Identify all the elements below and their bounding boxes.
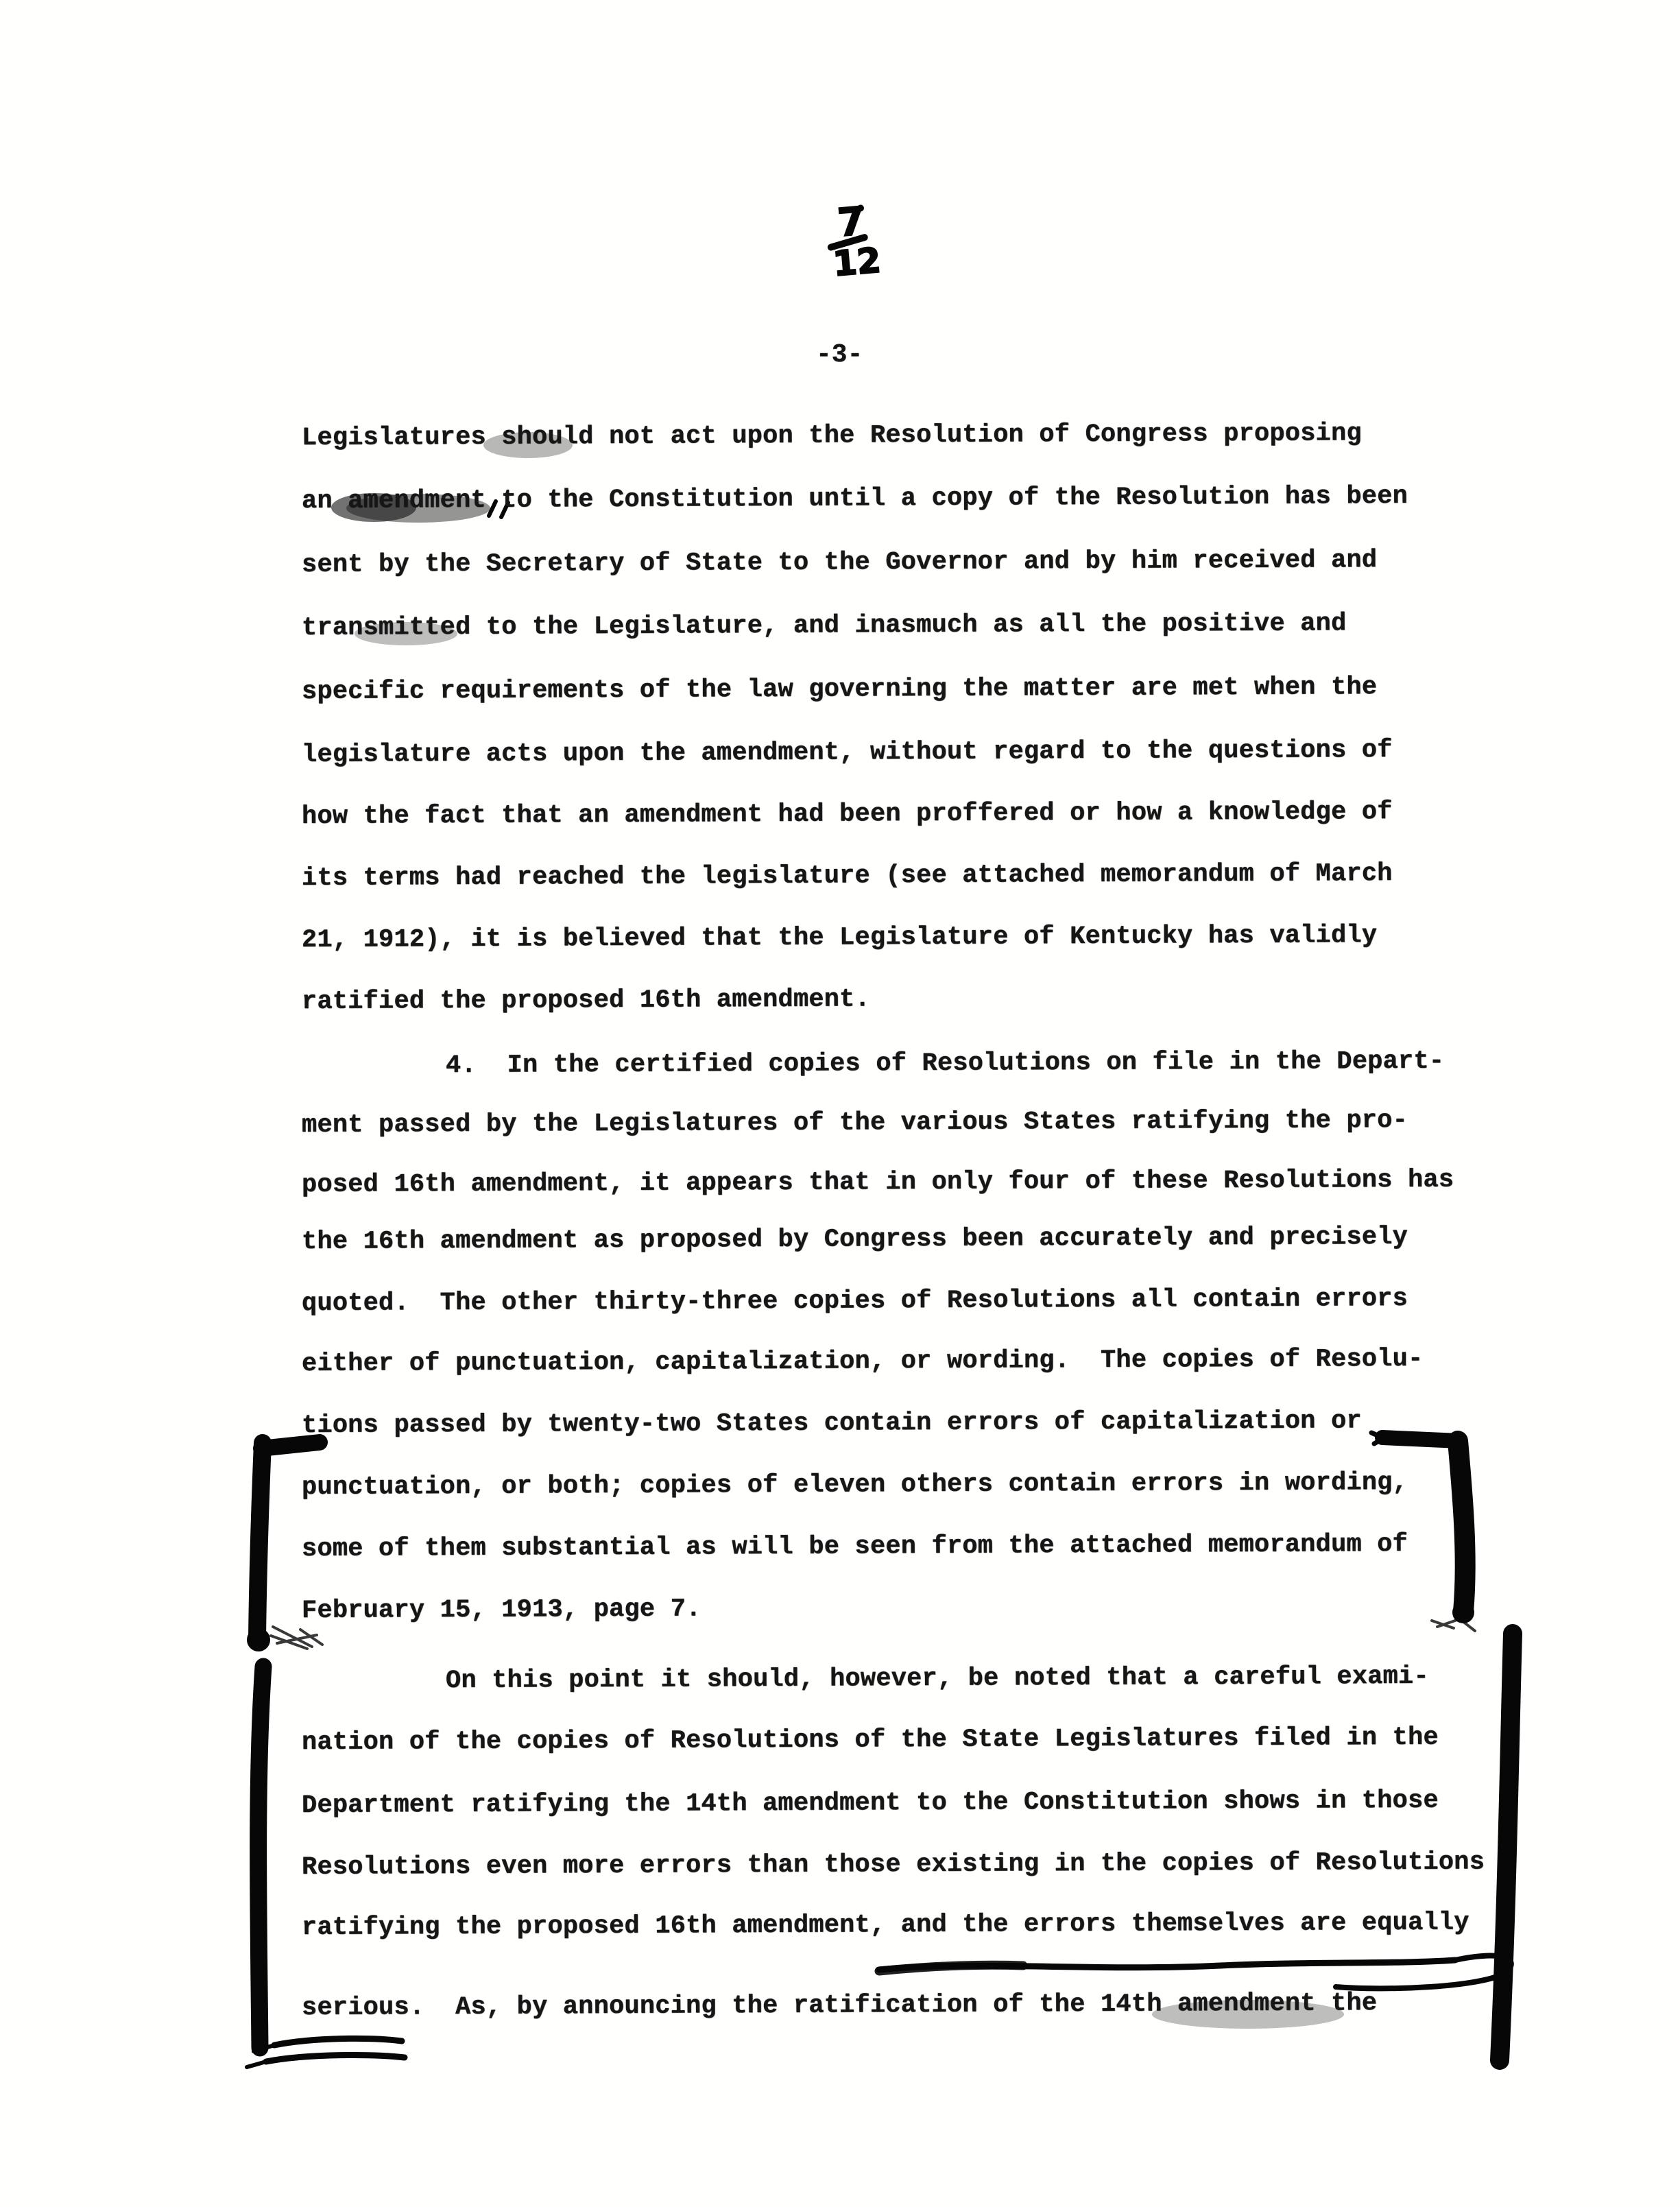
text-line: an amendment to the Constitution until a… <box>302 484 1408 514</box>
right-margin-line <box>1500 1634 1513 2060</box>
text-line: Department ratifying the 14th amendment … <box>302 1789 1439 1819</box>
text-line: punctuation, or both; copies of eleven o… <box>302 1470 1408 1501</box>
text-line: On this point it should, however, be not… <box>446 1665 1429 1694</box>
text-line: quoted. The other thirty-three copies of… <box>302 1287 1408 1317</box>
text-line: its terms had reached the legislature (s… <box>302 861 1393 892</box>
text-line: February 15, 1913, page 7. <box>302 1597 701 1624</box>
text-line: 4. In the certified copies of Resolution… <box>446 1049 1444 1079</box>
text-line: tions passed by twenty-two States contai… <box>302 1409 1362 1439</box>
text-line: specific requirements of the law governi… <box>302 675 1377 705</box>
text-line: serious. As, by announcing the ratificat… <box>302 1991 1377 2021</box>
text-line: ratifying the proposed 16th amendment, a… <box>302 1911 1469 1941</box>
fraction-bar <box>830 237 865 247</box>
text-line: posed 16th amendment, it appears that in… <box>302 1168 1454 1198</box>
text-line: legislature acts upon the amendment, wit… <box>302 738 1393 768</box>
fraction-denominator: 12 <box>831 240 882 284</box>
ink-dot <box>857 204 865 212</box>
double-underline-mark <box>247 2038 405 2067</box>
underline-mark <box>879 1956 1511 1989</box>
text-line: nation of the copies of Resolutions of t… <box>302 1726 1439 1756</box>
text-line: transmitted to the Legislature, and inas… <box>302 611 1347 641</box>
text-line: 21, 1912), it is believed that the Legis… <box>302 923 1377 953</box>
scanned-document-page: 7 12 <box>0 0 1680 2207</box>
left-margin-line <box>259 1667 263 2048</box>
handwritten-fraction-mark: 7 12 <box>827 198 883 285</box>
fraction-numerator: 7 <box>836 199 866 246</box>
page-number: -3- <box>816 340 863 370</box>
text-line: how the fact that an amendment had been … <box>302 800 1393 830</box>
text-line: sent by the Secretary of State to the Go… <box>302 548 1377 578</box>
text-line: ratified the proposed 16th amendment. <box>302 987 870 1015</box>
text-line: the 16th amendment as proposed by Congre… <box>302 1225 1408 1255</box>
text-line: some of them substantial as will be seen… <box>302 1532 1408 1562</box>
text-line: Resolutions even more errors than those … <box>302 1850 1485 1881</box>
text-line: either of punctuation, capitalization, o… <box>302 1347 1424 1377</box>
text-line: Legislatures should not act upon the Res… <box>302 421 1362 451</box>
text-line: ment passed by the Legislatures of the v… <box>302 1108 1408 1138</box>
